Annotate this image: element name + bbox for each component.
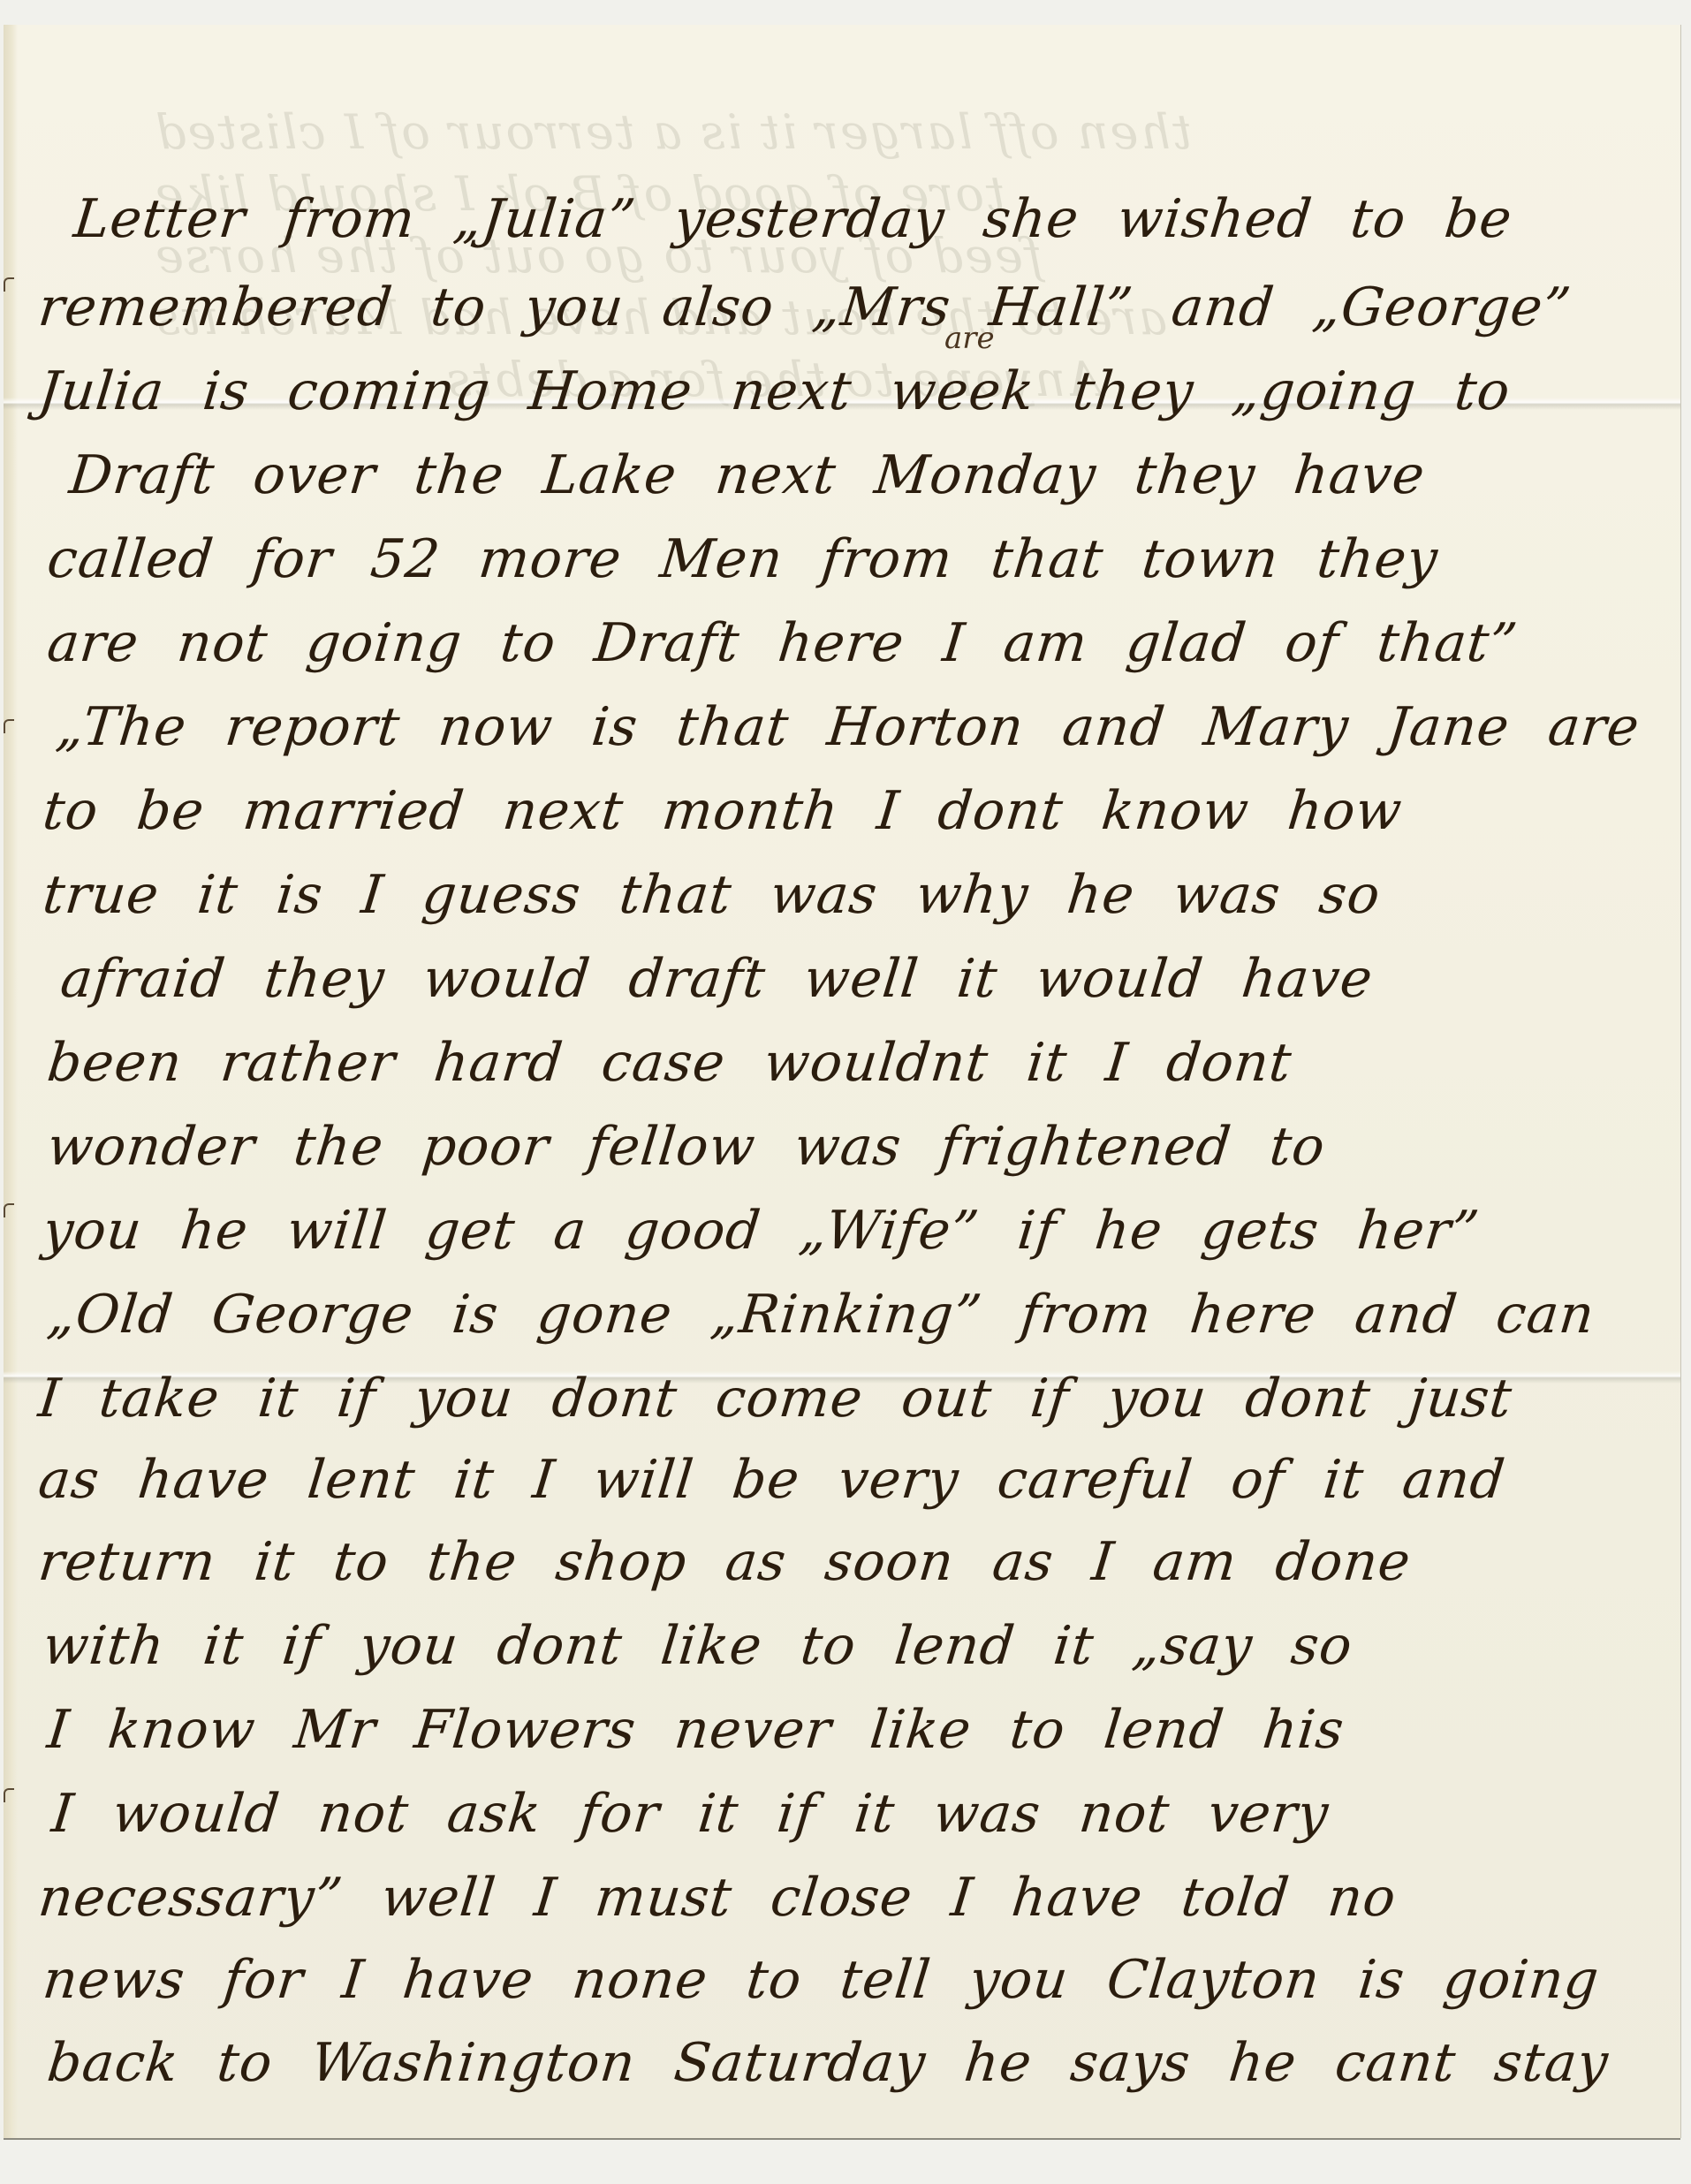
margin-mark — [4, 1788, 14, 1802]
left-fold-edge — [4, 25, 18, 2138]
margin-mark — [4, 719, 14, 733]
letter-line: necessary” well I must close I have told… — [35, 1867, 1399, 1929]
letter-line: remembered to you also „Mrs Hall” and „G… — [35, 277, 1574, 338]
letter-line: back to Washington Saturday he says he c… — [44, 2032, 1611, 2094]
margin-mark — [4, 277, 14, 292]
letter-line: true it is I guess that was why he was s… — [40, 864, 1384, 926]
letter-line: I would not ask for it if it was not ver… — [49, 1783, 1331, 1845]
letter-line: I know Mr Flowers never like to lend his — [44, 1699, 1347, 1761]
letter-line: are not going to Draft here I am glad of… — [44, 612, 1520, 674]
margin-mark — [4, 1203, 14, 1217]
letter-line: as have lent it I will be very careful o… — [35, 1449, 1508, 1511]
letter-line: afraid they would draft well it would ha… — [57, 948, 1376, 1010]
letter-line: I take it if you dont come out if you do… — [35, 1368, 1515, 1429]
bleed-line: then off larger it is a terrour of I cli… — [154, 104, 1192, 160]
letter-line: Letter from „Julia” yesterday she wished… — [71, 188, 1515, 250]
letter-line: return it to the shop as soon as I am do… — [35, 1531, 1414, 1593]
letter-line: news for I have none to tell you Clayton… — [40, 1949, 1602, 2011]
letter-line: Draft over the Lake next Monday they hav… — [66, 444, 1428, 506]
letter-line: to be married next month I dont know how — [40, 780, 1405, 842]
letter-line: „Old George is gone „Rinking” from here … — [44, 1284, 1597, 1346]
letter-line: with it if you dont like to lend it „say… — [40, 1615, 1355, 1677]
letter-line: wonder the poor fellow was frightened to — [44, 1116, 1328, 1178]
letter-line: „The report now is that Horton and Mary … — [53, 696, 1642, 758]
letter-line: you he will get a good „Wife” if he gets… — [40, 1200, 1482, 1262]
letter-page: then off larger it is a terrour of I cli… — [4, 25, 1680, 2138]
letter-line: called for 52 more Men from that town th… — [44, 528, 1441, 590]
letter-line: been rather hard case wouldnt it I dont — [44, 1032, 1294, 1094]
letter-line: Julia is coming Home next week they „goi… — [35, 360, 1513, 422]
